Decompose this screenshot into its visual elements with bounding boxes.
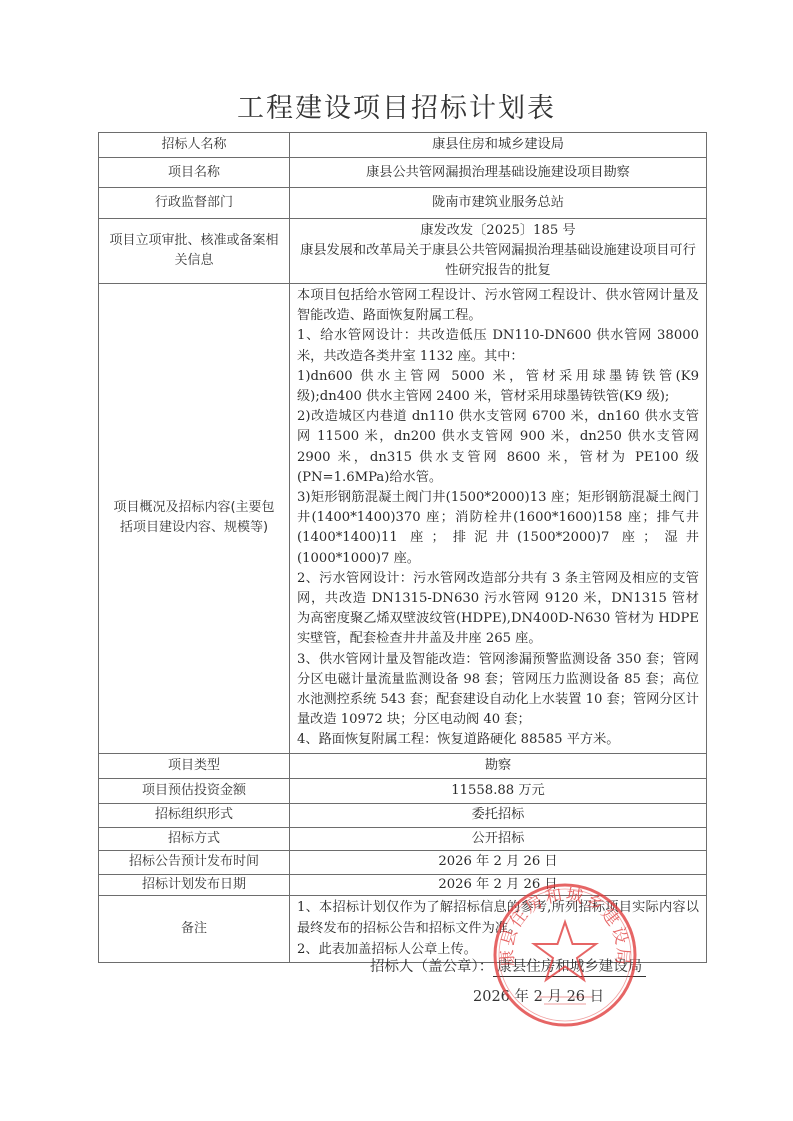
signature-line: 招标人（盖公章）：康县住房和城乡建设局 — [370, 955, 646, 976]
row-value: 康县住房和城乡建设局 — [290, 133, 707, 158]
table-row: 项目名称 康县公共管网漏损治理基础设施建设项目勘察 — [99, 158, 707, 188]
approval-doc-number: 康发改发〔2025〕185 号 — [296, 221, 700, 241]
overview-paragraph: 1)dn600 供水主管网 5000 米，管材采用球墨铸铁管(K9 级);dn4… — [297, 367, 699, 407]
row-value: 2026 年 2 月 26 日 — [290, 850, 707, 874]
project-overview: 本项目包括给水管网工程设计、污水管网工程设计、供水管网计量及智能改造、路面恢复附… — [290, 284, 707, 754]
table-row: 项目预估投资金额 11558.88 万元 — [99, 778, 707, 803]
row-label: 项目名称 — [99, 158, 290, 188]
overview-paragraph: 本项目包括给水管网工程设计、污水管网工程设计、供水管网计量及智能改造、路面恢复附… — [297, 286, 699, 326]
row-value: 陇南市建筑业服务总站 — [290, 188, 707, 219]
bidding-plan-table: 招标人名称 康县住房和城乡建设局 项目名称 康县公共管网漏损治理基础设施建设项目… — [98, 132, 707, 963]
row-label: 备注 — [99, 895, 290, 962]
approval-doc-title: 康县发展和改革局关于康县公共管网漏损治理基础设施建设项目可行性研究报告的批复 — [296, 241, 700, 281]
row-value: 康发改发〔2025〕185 号 康县发展和改革局关于康县公共管网漏损治理基础设施… — [290, 219, 707, 284]
row-value: 勘察 — [290, 753, 707, 778]
table-row: 备注 1、本招标计划仅作为了解招标信息的参考,所列招标项目实际内容以最终发布的招… — [99, 895, 707, 962]
row-value: 康县公共管网漏损治理基础设施建设项目勘察 — [290, 158, 707, 188]
row-label: 项目类型 — [99, 753, 290, 778]
row-value: 委托招标 — [290, 803, 707, 827]
overview-paragraph: 4、路面恢复附属工程：恢复道路硬化 88585 平方米。 — [297, 730, 699, 750]
row-value: 公开招标 — [290, 827, 707, 850]
table-row: 项目立项审批、核准或备案相关信息 康发改发〔2025〕185 号 康县发展和改革… — [99, 219, 707, 284]
remarks: 1、本招标计划仅作为了解招标信息的参考,所列招标项目实际内容以最终发布的招标公告… — [290, 895, 707, 962]
row-label: 项目概况及招标内容(主要包括项目建设内容、规模等) — [99, 284, 290, 754]
row-value: 2026 年 2 月 26 日 — [290, 874, 707, 895]
row-label: 行政监督部门 — [99, 188, 290, 219]
overview-paragraph: 2、污水管网设计：污水管网改造部分共有 3 条主管网及相应的支管网，共改造 DN… — [297, 569, 699, 650]
row-label: 项目立项审批、核准或备案相关信息 — [99, 219, 290, 284]
table-row: 项目概况及招标内容(主要包括项目建设内容、规模等) 本项目包括给水管网工程设计、… — [99, 284, 707, 754]
row-value: 11558.88 万元 — [290, 778, 707, 803]
row-label: 招标人名称 — [99, 133, 290, 158]
signature-date: 2026 年 2 月 26 日 — [473, 985, 604, 1006]
table-row: 招标计划发布日期 2026 年 2 月 26 日 — [99, 874, 707, 895]
table-row: 招标人名称 康县住房和城乡建设局 — [99, 133, 707, 158]
overview-paragraph: 3、供水管网计量及智能改造：管网渗漏预警监测设备 350 套；管网分区电磁计量流… — [297, 650, 699, 731]
overview-paragraph: 3)矩形钢筋混凝土阀门井(1500*2000)13 座；矩形钢筋混凝土阀门井(1… — [297, 488, 699, 569]
overview-paragraph: 2)改造城区内巷道 dn110 供水支管网 6700 米，dn160 供水支管网… — [297, 407, 699, 488]
row-label: 招标方式 — [99, 827, 290, 850]
table-row: 行政监督部门 陇南市建筑业服务总站 — [99, 188, 707, 219]
row-label: 招标公告预计发布时间 — [99, 850, 290, 874]
overview-paragraph: 1、给水管网设计：共改造低压 DN110-DN600 供水管网 38000 米，… — [297, 326, 699, 366]
table-row: 招标组织形式 委托招标 — [99, 803, 707, 827]
signature-organization: 康县住房和城乡建设局 — [493, 959, 646, 977]
table-row: 招标方式 公开招标 — [99, 827, 707, 850]
remark-item: 1、本招标计划仅作为了解招标信息的参考,所列招标项目实际内容以最终发布的招标公告… — [297, 897, 699, 939]
row-label: 项目预估投资金额 — [99, 778, 290, 803]
table-row: 项目类型 勘察 — [99, 753, 707, 778]
table-row: 招标公告预计发布时间 2026 年 2 月 26 日 — [99, 850, 707, 874]
row-label: 招标组织形式 — [99, 803, 290, 827]
signature-label: 招标人（盖公章）： — [370, 959, 493, 975]
document-title: 工程建设项目招标计划表 — [0, 86, 793, 125]
row-label: 招标计划发布日期 — [99, 874, 290, 895]
